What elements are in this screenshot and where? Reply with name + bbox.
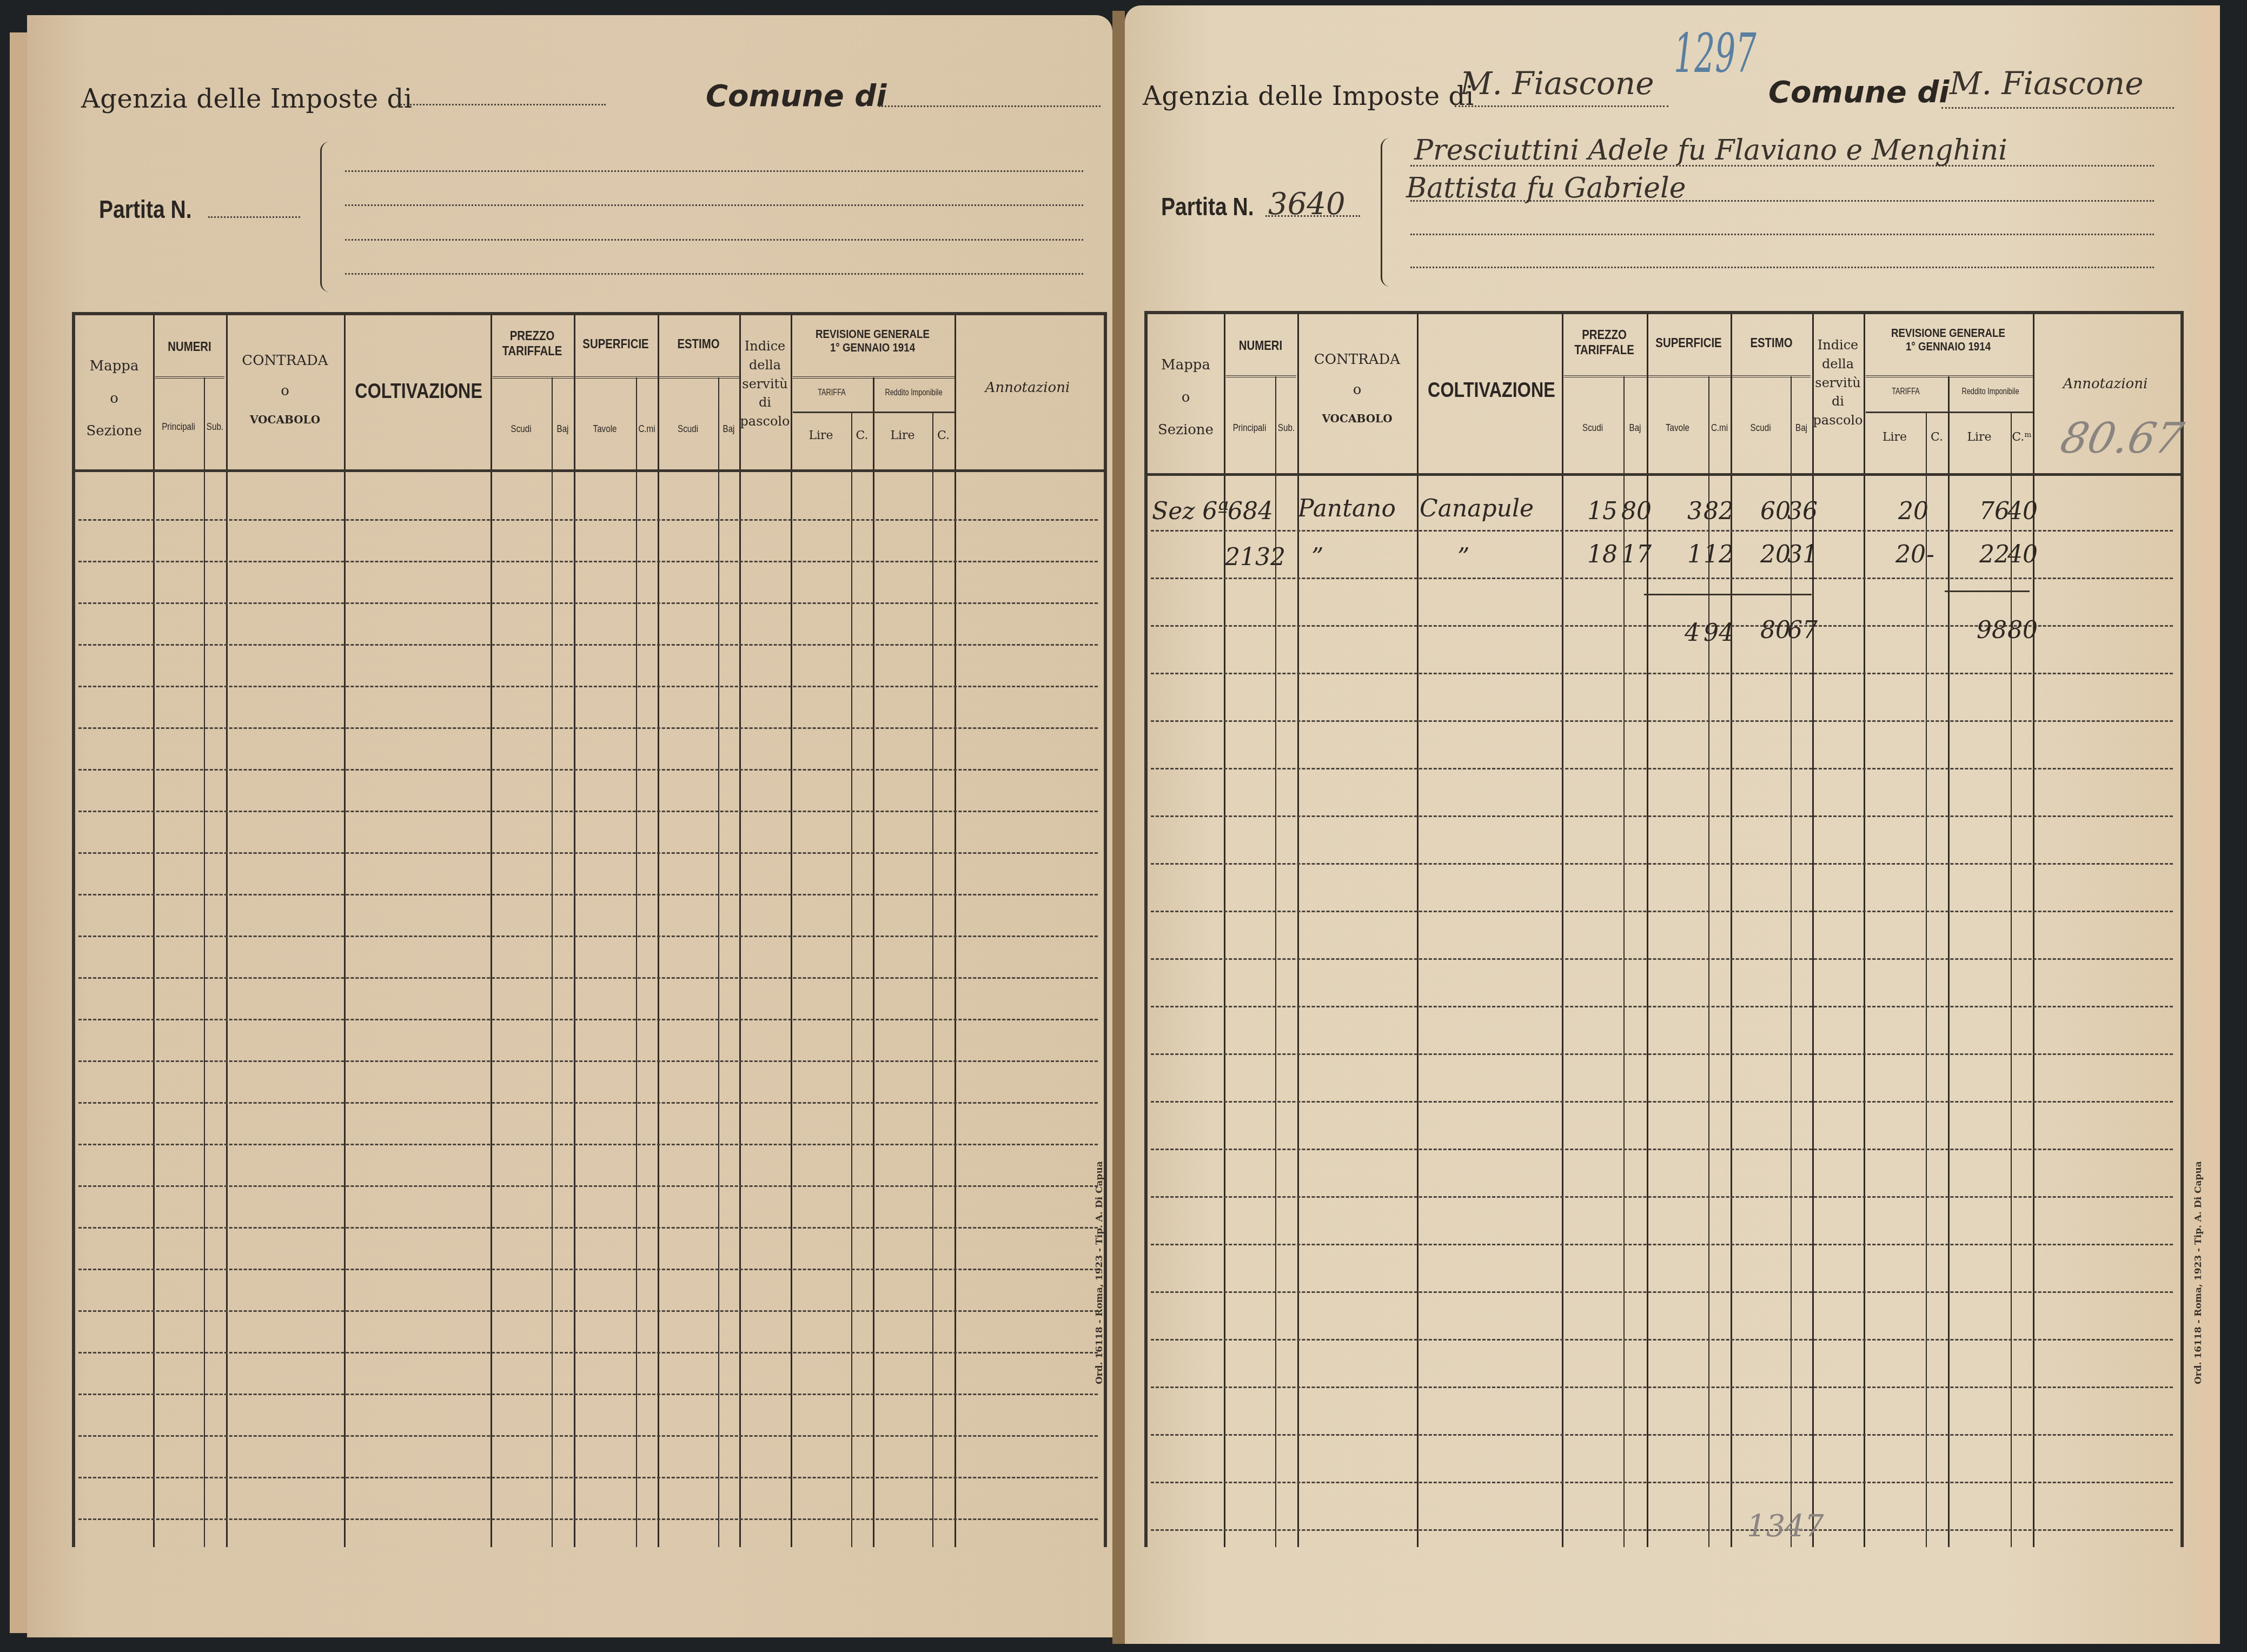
table-row-line: [78, 561, 1098, 562]
table-row-line: [78, 977, 1098, 979]
sub-rule: [1866, 412, 2033, 413]
left-owner-line-1[interactable]: [345, 170, 1083, 172]
sum-underline-reddito: [1945, 591, 2030, 592]
col-divider: [226, 315, 228, 1547]
table-row-line: [78, 1227, 1098, 1229]
hdr-revisione: REVISIONE GENERALE1° GENNAIO 1914: [803, 327, 943, 355]
entry-1-estimo-baj: 36: [1787, 497, 1818, 525]
sub-rule: [1226, 375, 1296, 377]
col-divider: [718, 377, 719, 1547]
hdr-sub: Sub.: [1277, 422, 1295, 434]
table-row-line: [78, 1102, 1098, 1104]
table-row-line: [78, 894, 1098, 895]
hdr-reddito-c: C.: [932, 429, 955, 442]
annotation-pencil-total: 80.67: [2056, 414, 2187, 463]
sub-rule: [493, 376, 739, 379]
table-row-line: [1151, 578, 2173, 579]
hdr-tariffa: TARIFFA: [799, 388, 865, 398]
hdr-coltivazione: COLTIVAZIONE: [355, 380, 479, 404]
sub-rule: [1866, 375, 2033, 377]
table-row-line: [1151, 911, 2173, 912]
col-divider: [574, 315, 575, 1547]
col-divider: [1864, 314, 1865, 1547]
col-divider: [153, 315, 155, 1547]
hdr-revisione: REVISIONE GENERALE1° GENNAIO 1914: [1876, 326, 2020, 354]
entry-2-sup-cmi: 12: [1704, 541, 1734, 568]
entry-1-sup-cmi: 82: [1704, 497, 1734, 525]
table-row-line: [1151, 1339, 2173, 1341]
stamp-number: 1297: [1674, 22, 1756, 85]
col-divider: [1948, 376, 1950, 1547]
hdr-estimo: ESTIMO: [1736, 336, 1806, 351]
table-row-line: [1151, 1291, 2173, 1293]
hdr-tavole: Tavole: [580, 423, 630, 435]
total-estimo-scudi: 80: [1760, 616, 1791, 644]
hdr-tariffa-lire: Lire: [1864, 430, 1926, 444]
header-bottom-rule: [75, 469, 1104, 472]
left-owner-brace: [320, 142, 329, 292]
right-partita-value: 3640: [1268, 187, 1345, 222]
book-spine: [1112, 11, 1125, 1644]
entry-2-coltivazione: ”: [1457, 543, 1470, 571]
table-row-line: [78, 811, 1098, 812]
col-divider: [851, 413, 852, 1547]
left-owner-line-2[interactable]: [345, 204, 1083, 206]
sub-rule: [793, 376, 955, 379]
table-row-line: [1151, 1434, 2173, 1436]
table-row-line: [1151, 815, 2173, 817]
entry-2-estimo-scudi: 20: [1760, 541, 1791, 568]
hdr-reddito: Reddito Imponibile: [881, 388, 946, 398]
hdr-tavole: Tavole: [1653, 422, 1702, 434]
total-sup-tavole: 4: [1685, 619, 1700, 647]
left-owner-line-4[interactable]: [345, 273, 1083, 275]
table-row-line: [78, 1019, 1098, 1020]
col-divider: [2011, 412, 2012, 1547]
right-agency-value: M. Fiascone: [1460, 65, 1654, 102]
table-row-line: [1151, 863, 2173, 865]
hdr-mappa: MappaoSezione: [75, 359, 153, 440]
table-row-line: [78, 602, 1098, 604]
hdr-tariffa-c: C.: [851, 429, 873, 442]
hdr-indice: Indicedellaservitùdipascolo: [1812, 336, 1864, 430]
left-owner-line-3[interactable]: [345, 239, 1083, 241]
col-divider: [1926, 412, 1927, 1547]
hdr-prezzo: PREZZOTARIFFALE: [497, 329, 568, 359]
page-stack-edge-right: [2196, 5, 2220, 1644]
table-row-line: [1151, 1386, 2173, 1388]
printer-note-right: Ord. 16118 - Roma, 1923 - Tip. A. Di Cap…: [2193, 1161, 2204, 1384]
table-row-line: [78, 1060, 1098, 1062]
right-owner-line-3[interactable]: [1410, 234, 2154, 235]
col-divider: [658, 315, 659, 1547]
entry-1-estimo-scudi: 60: [1760, 497, 1791, 525]
table-row-line: [1151, 1101, 2173, 1103]
table-row-line: [1151, 768, 2173, 769]
entry-1-tariffa-lire: 20: [1898, 497, 1928, 525]
table-row-line: [78, 769, 1098, 771]
total-estimo-baj: 67: [1787, 616, 1818, 644]
hdr-annotazioni: Annotazioni: [955, 380, 1101, 396]
hdr-contrada: CONTRADAoVOCABOLO: [1297, 352, 1417, 425]
hdr-estimo-scudi: Scudi: [1736, 422, 1785, 434]
table-row-line: [1151, 1482, 2173, 1483]
hdr-cmi: C.mi: [638, 423, 655, 435]
hdr-reddito: Reddito Imponibile: [1957, 387, 2025, 397]
hdr-mappa: MappaoSezione: [1148, 357, 1224, 439]
hdr-estimo: ESTIMO: [664, 337, 733, 352]
entry-1-prezzo-scudi: 15: [1587, 497, 1618, 525]
hdr-superficie: SUPERFICIE: [1653, 336, 1725, 351]
entry-2-reddito-c: 40: [2007, 541, 2038, 568]
hdr-numeri: NUMERI: [1229, 339, 1292, 354]
hdr-prezzo: PREZZOTARIFFALE: [1568, 328, 1640, 357]
total-reddito-c: 80: [2007, 616, 2038, 644]
total-sup-cmi: 94: [1704, 619, 1734, 647]
entry-1-reddito-c: 40: [2007, 497, 2038, 525]
col-divider: [873, 377, 874, 1547]
hdr-principali: Principali: [1229, 422, 1270, 434]
col-divider: [491, 315, 492, 1547]
right-comune-label: Comune di: [1768, 75, 1949, 110]
right-partita-label: Partita N.: [1161, 192, 1254, 221]
entry-2-principali: 2132: [1225, 543, 1285, 571]
sub-rule: [155, 376, 224, 379]
table-row-line: [1151, 1053, 2173, 1055]
entry-1-prezzo-baj: 80: [1621, 497, 1652, 525]
table-row-line: [78, 1269, 1098, 1270]
col-divider: [739, 315, 741, 1547]
header-bottom-rule: [1148, 473, 2180, 476]
table-row-line: [78, 519, 1098, 521]
hdr-indice: Indicedellaservitùdipascolo: [739, 337, 791, 431]
entry-2-contrada: ”: [1311, 543, 1324, 571]
col-divider: [932, 413, 933, 1547]
col-divider: [204, 377, 205, 1547]
hdr-prezzo-baj: Baj: [1626, 422, 1644, 434]
left-partita-label: Partita N.: [99, 195, 192, 224]
hdr-cmi: C.mi: [1711, 422, 1728, 434]
entry-2-tariffa-c: -: [1926, 541, 1934, 568]
hdr-numeri: NUMERI: [158, 340, 221, 355]
left-agency-field[interactable]: [397, 104, 606, 105]
table-row-line: [1151, 720, 2173, 722]
hdr-tariffa-c: C.: [1926, 430, 1948, 444]
entry-1-contrada: Pantano: [1298, 495, 1396, 522]
entry-1-sup-tavole: 3: [1687, 497, 1702, 525]
col-divider: [1417, 314, 1419, 1547]
table-row-line: [78, 852, 1098, 854]
entry-2-prezzo-baj: 17: [1621, 541, 1652, 568]
footer-pencil-number: 1347: [1747, 1509, 1824, 1544]
entry-2-sup-tavole: 1: [1687, 541, 1702, 568]
hdr-sub: Sub.: [206, 421, 224, 433]
entry-1-coltivazione: Canapule: [1420, 495, 1534, 522]
table-row-line: [78, 1477, 1098, 1478]
total-reddito-lire: 98: [1977, 616, 2007, 644]
entry-1-mappa: Sez 6ª: [1152, 497, 1229, 525]
hdr-annotazioni: Annotazioni: [2033, 376, 2178, 393]
table-row-line: [1151, 1006, 2173, 1007]
table-row-line: [78, 1352, 1098, 1354]
hdr-tariffa: TARIFFA: [1872, 387, 1940, 397]
table-row-line: [78, 644, 1098, 646]
hdr-reddito-c: C.ᵐ: [2011, 430, 2033, 444]
left-agency-label: Agenzia delle Imposte di: [81, 84, 413, 114]
col-divider: [791, 315, 792, 1547]
table-row-line: [78, 1518, 1098, 1520]
entry-2-estimo-baj: 31: [1787, 541, 1818, 568]
col-divider: [1562, 314, 1563, 1547]
table-row-line: [78, 1435, 1098, 1437]
hdr-principali: Principali: [158, 421, 198, 433]
left-comune-label: Comune di: [706, 78, 886, 114]
hdr-superficie: SUPERFICIE: [580, 337, 652, 352]
right-agency-label: Agenzia delle Imposte di: [1143, 81, 1474, 111]
right-agency-field[interactable]: [1455, 105, 1668, 107]
sum-underline-superficie-estimo: [1644, 594, 1812, 595]
printer-note-left: Ord. 16118 - Roma, 1923 - Tip. A. Di Cap…: [1094, 1161, 1105, 1384]
table-row-line: [78, 1144, 1098, 1145]
table-row-line: [78, 686, 1098, 687]
hdr-contrada: CONTRADAoVOCABOLO: [226, 353, 344, 426]
hdr-prezzo-scudi: Scudi: [496, 423, 545, 435]
right-owner-text-1: Presciuttini Adele fu Flaviano e Menghin…: [1414, 134, 2007, 167]
table-row-line: [78, 1394, 1098, 1395]
hdr-tariffa-lire: Lire: [791, 429, 851, 442]
entry-2-prezzo-scudi: 18: [1587, 541, 1618, 568]
right-owner-text-2: Battista fu Gabriele: [1406, 172, 1686, 204]
hdr-coltivazione: COLTIVAZIONE: [1428, 379, 1551, 403]
hdr-estimo-scudi: Scudi: [664, 423, 712, 435]
hdr-reddito-lire: Lire: [873, 429, 932, 442]
right-owner-line-4[interactable]: [1410, 267, 2154, 268]
table-row-line: [1151, 1196, 2173, 1198]
table-row-line: [78, 936, 1098, 937]
table-row-line: [1151, 1244, 2173, 1245]
table-row-line: [1151, 530, 2173, 532]
table-row-line: [78, 727, 1098, 729]
hdr-prezzo-baj: Baj: [554, 423, 572, 435]
right-comune-field[interactable]: [1941, 107, 2174, 109]
table-row-line: [1151, 958, 2173, 960]
hdr-estimo-baj: Baj: [720, 423, 737, 435]
entry-2-reddito-lire: 22: [1979, 541, 2010, 568]
right-owner-brace: [1381, 138, 1390, 287]
table-row-line: [78, 1310, 1098, 1312]
col-divider: [955, 315, 956, 1547]
hdr-prezzo-scudi: Scudi: [1568, 422, 1617, 434]
sub-rule: [1564, 375, 1811, 377]
left-comune-field[interactable]: [879, 105, 1101, 107]
left-partita-field[interactable]: [208, 216, 300, 218]
table-row-line: [1151, 1149, 2173, 1150]
left-ledger-table: MappaoSezione NUMERI Principali Sub. CON…: [72, 312, 1107, 1547]
hdr-estimo-baj: Baj: [1793, 422, 1810, 434]
right-comune-value: M. Fiascone: [1950, 65, 2143, 102]
col-divider: [552, 377, 553, 1547]
entry-1-reddito-lire: 76: [1979, 497, 2010, 525]
table-row-line: [1151, 673, 2173, 674]
hdr-reddito-lire: Lire: [1948, 430, 2011, 444]
entry-2-tariffa-lire: 20: [1895, 541, 1926, 568]
entry-1-principali: 684: [1228, 497, 1273, 525]
sub-rule: [793, 412, 955, 413]
col-divider: [344, 315, 346, 1547]
table-row-line: [1151, 1529, 2173, 1531]
col-divider: [636, 377, 637, 1547]
table-row-line: [78, 1185, 1098, 1187]
